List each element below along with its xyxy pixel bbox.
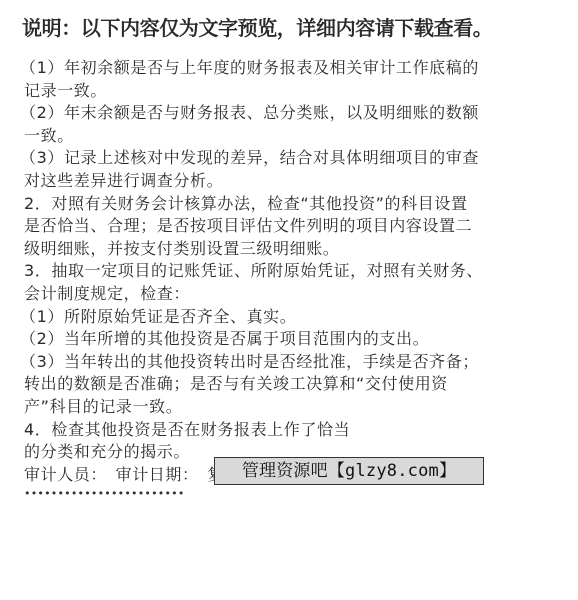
paragraph-line: 2．对照有关财务会计核算办法，检查“其他投资”的科目设置 <box>24 193 564 216</box>
paragraph-line: 3．抽取一定项目的记账凭证、所附原始凭证，对照有关财务、 <box>24 260 564 283</box>
paragraph-line: 级明细账，并按支付类别设置三级明细账。 <box>24 238 564 261</box>
document-body: （1）年初余额是否与上年度的财务报表及相关审计工作底稿的 记录一致。 （2）年末… <box>24 57 564 509</box>
paragraph-line: （3）记录上述核对中发现的差异，结合对具体明细项目的审查 <box>20 147 564 170</box>
paragraph-line: （3）当年转出的其他投资转出时是否经批准，手续是否齐备； <box>20 351 564 374</box>
paragraph-line: 4．检查其他投资是否在财务报表上作了恰当 <box>24 419 564 442</box>
paragraph-line: （2）年末余额是否与财务报表、总分类账，以及明细账的数额 <box>20 102 564 125</box>
dotted-separator: •••••••••••••••••••••••• <box>24 486 564 509</box>
paragraph-line: 记录一致。 <box>24 80 564 103</box>
paragraph-line: 一致。 <box>24 125 564 148</box>
paragraph-line: 对这些差异进行调查分析。 <box>24 170 564 193</box>
paragraph-line: （2）当年所增的其他投资是否属于项目范围内的支出。 <box>20 328 564 351</box>
paragraph-line: （1）所附原始凭证是否齐全、真实。 <box>20 306 564 329</box>
preview-notice-title: 说明：以下内容仅为文字预览，详细内容请下载查看。 <box>22 14 492 42</box>
watermark-banner: 管理资源吧【glzy8.com】 <box>214 457 484 485</box>
paragraph-line: 是否恰当、合理；是否按项目评估文件列明的项目内容设置二 <box>24 215 564 238</box>
paragraph-line: 会计制度规定，检查： <box>24 283 564 306</box>
paragraph-line: 转出的数额是否准确；是否与有关竣工决算和“交付使用资 <box>24 373 564 396</box>
paragraph-line: 产”科目的记录一致。 <box>24 396 564 419</box>
paragraph-line: （1）年初余额是否与上年度的财务报表及相关审计工作底稿的 <box>20 57 564 80</box>
